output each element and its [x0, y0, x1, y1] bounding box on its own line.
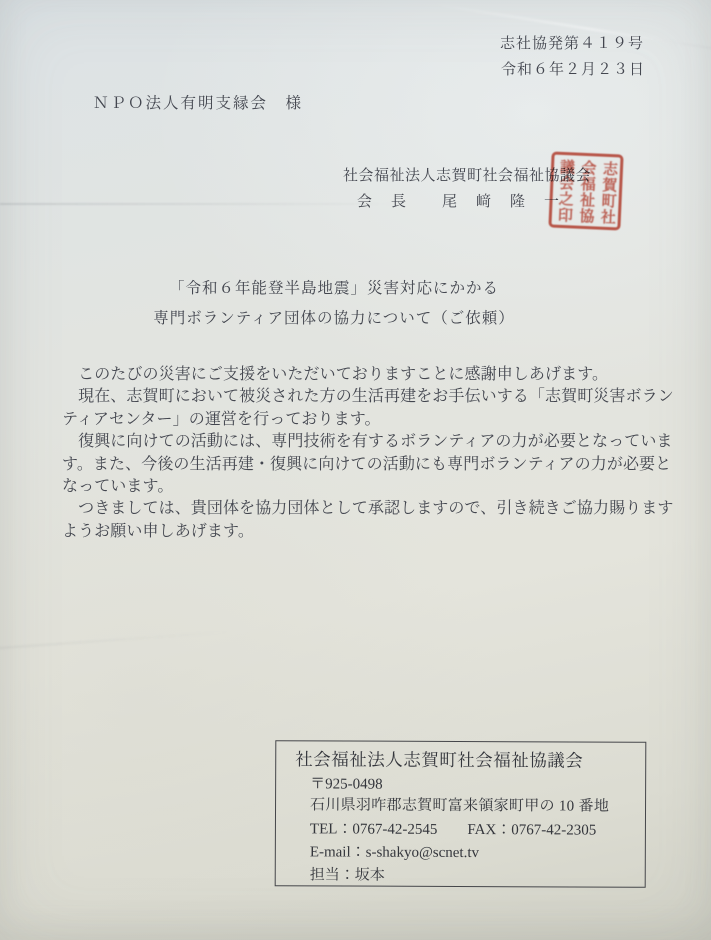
official-red-seal: 志賀町社会福祉協議会之印: [548, 151, 623, 230]
contact-tel-fax: TEL：0767-42-2545 FAX：0767-42-2305: [310, 817, 596, 839]
seal-text: 志賀町社会福祉協議会之印: [552, 155, 621, 228]
body-line: ようお願い申しあげます。: [62, 521, 677, 543]
sender-title-name: 会 長 尾 﨑 隆 一: [357, 190, 561, 211]
contact-postal-code: 〒925-0498: [310, 772, 383, 793]
body-line: 復興に向けての活動には、専門技術を有するボランティアの力が必要となっていま: [62, 431, 677, 453]
contact-organization: 社会福祉法人志賀町社会福祉協議会: [295, 746, 583, 772]
recipient-line: ＮＰＯ法人有明支縁会 様: [93, 91, 303, 113]
letter-page: 志社協発第４１９号 令和６年２月２３日 ＮＰＯ法人有明支縁会 様 社会福祉法人志…: [0, 0, 711, 940]
contact-email: E-mail：s-shakyo@scnet.tv: [310, 840, 479, 862]
body-line: つきましては、貴団体を協力団体として承認しますので、引き続きご協力賜ります: [62, 498, 677, 520]
contact-address: 石川県羽咋郡志賀町富来領家町甲の 10 番地: [310, 793, 609, 815]
issue-date: 令和６年２月２３日: [501, 58, 645, 79]
body-line: なっています。: [62, 476, 677, 498]
body-line: ティアセンター」の運営を行っております。: [62, 409, 677, 431]
subject-line-2: 専門ボランティア団体の協力について（ご依頼）: [54, 304, 614, 334]
document-number: 志社協発第４１９号: [500, 32, 644, 53]
contact-info-box: 社会福祉法人志賀町社会福祉協議会 〒925-0498 石川県羽咋郡志賀町富来領家…: [275, 740, 647, 888]
body-line: す。また、今後の生活再建・復興に向けての活動にも専門ボランティアの力が必要と: [62, 454, 677, 476]
paper-crease: [0, 203, 400, 205]
body-line: このたびの災害にご支援をいただいておりますことに感謝申しあげます。: [62, 364, 677, 386]
subject-block: 「令和６年能登半島地震」災害対応にかかる 専門ボランティア団体の協力について（ご…: [54, 274, 614, 334]
body-text: このたびの災害にご支援をいただいておりますことに感謝申しあげます。 現在、志賀町…: [62, 364, 677, 543]
body-line: 現在、志賀町において被災された方の生活再建をお手伝いする「志賀町災害ボラン: [62, 386, 677, 408]
contact-person: 担当：坂本: [310, 863, 385, 884]
paper-crease: [0, 631, 230, 651]
subject-line-1: 「令和６年能登半島地震」災害対応にかかる: [54, 274, 614, 304]
